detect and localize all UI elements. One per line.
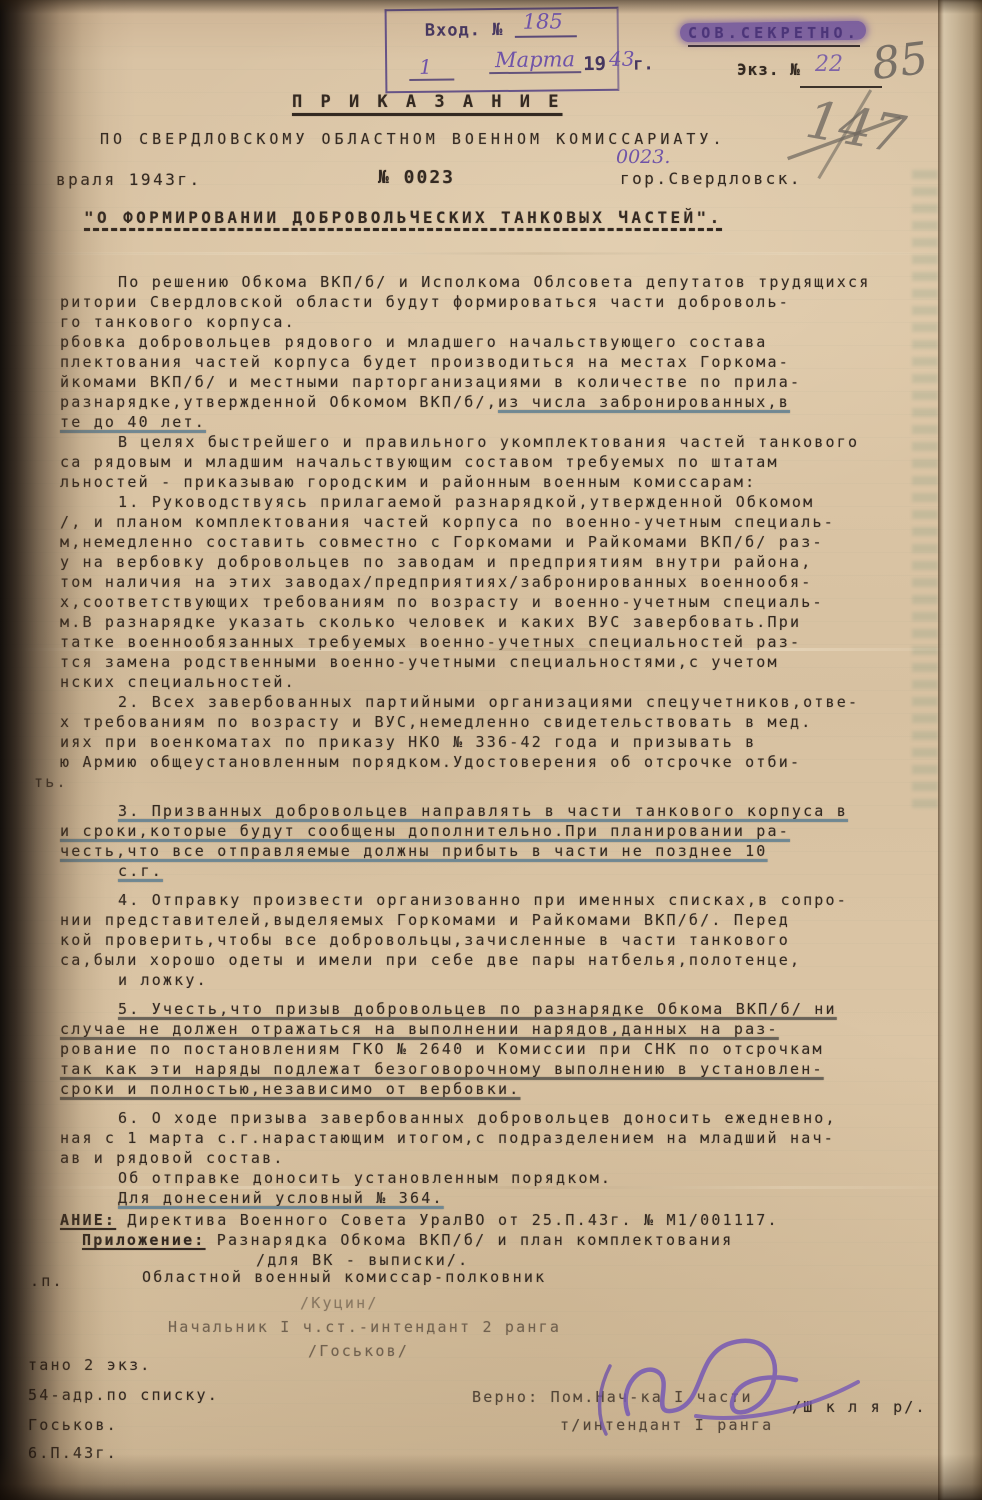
doc-line: По решению Обкома ВКП/б/ и Исполкома Обл… [60,272,940,292]
signature-autograph [600,1322,900,1442]
doc-line: х,соответствующих требованиям по возраст… [60,592,940,612]
doc-line: 1. Руководствуясь прилагаемой разнарядко… [60,492,940,512]
copies-note-line: Госьков. [28,1416,118,1434]
doc-line: иях при военкоматах по приказу НКО № 336… [60,732,940,752]
doc-line: В целях быстрейшего и правильного укомпл… [60,432,940,452]
incoming-registration-stamp: Вход. № 185 1 Марта 19 43 г. [385,7,620,93]
doc-line: нских специальностей. [60,672,940,692]
incoming-number-label: Вход. № [425,20,504,41]
doc-line-part: разнарядке,утвержденной Обкомом ВКП/б/, [60,393,498,411]
doc-line: рбовка добровольцев рядового и младшего … [60,332,940,352]
doc-line: так как эти наряды подлежат безоговорочн… [60,1059,940,1079]
doc-number: № 0023 [378,167,455,188]
attachment-label: Приложение: [82,1231,206,1249]
chief-title: Начальник I ч.ст.-интендант 2 ранга [168,1318,561,1336]
doc-line: случае не должен отражаться на выполнени… [60,1019,940,1039]
document-heading: П Р И К А З А Н И Е [292,92,562,112]
doc-line: и сроки,которые будут сообщены дополните… [60,821,940,841]
basis-text: Директива Военного Совета УралВО от 25.П… [116,1211,779,1229]
pencil-crossout-strokes [784,82,910,200]
handwritten-doc-number: 0023. [616,146,670,168]
doc-line: нии представителей,выделяемых Горкомами … [60,910,940,930]
doc-line: татке военнообязанных требуемых военно-у… [60,632,940,652]
doc-line: Об отправке доносить установленным поряд… [60,1168,940,1188]
doc-line: кой проверить,чтобы все добровольцы,зачи… [60,930,940,950]
order-body: По решению Обкома ВКП/б/ и Исполкома Обл… [60,272,940,1270]
basis-line: АНИЕ: Директива Военного Совета УралВО о… [60,1210,940,1230]
copy-number-label: Экз. № [737,60,801,79]
page-right-edge [938,0,982,1500]
bottom-edge-shadow [0,1454,982,1500]
doc-line: /, и планом комплектования частей корпус… [60,512,940,532]
incoming-month: Марта [489,47,581,74]
attachment-line: Приложение: Разнарядка Обкома ВКП/б/ и п… [60,1230,940,1250]
basis-label: АНИЕ: [60,1211,116,1229]
commissar-title: Областной военный комиссар-полковник [142,1268,546,1286]
doc-line: 6. О ходе призыва завербованных добровол… [60,1108,940,1128]
doc-line: у на вербовку добровольцев по заводам и … [60,552,940,572]
doc-line: тся замена родственными военно-учетными … [60,652,940,672]
doc-line: ть. [34,772,940,792]
paper-crease [0,252,982,255]
order-title: "О ФОРМИРОВАНИИ ДОБРОВОЛЬЧЕСКИХ ТАНКОВЫХ… [84,208,723,227]
doc-line: плектования частей корпуса будет произво… [60,352,940,372]
doc-line: честь,что все отправляемые должны прибыт… [60,841,940,861]
doc-line-underlined-part: из числа забронированных,в [498,393,790,411]
copies-note-line: 54-адр.по списку. [28,1386,219,1404]
copy-number-value: 22 [815,52,843,77]
incoming-year-hand: 43 [609,47,635,71]
doc-line: 4. Отправку произвести организованно при… [60,890,940,910]
attachment-line-2: /для ВК - выписки/. [60,1250,940,1270]
ink-smear-strike [680,21,866,43]
attachment-text: Разнарядка Обкома ВКП/б/ и план комплект… [206,1231,734,1249]
doc-line: том наличия на этих заводах/предприятиях… [60,572,940,592]
doc-line: 5. Учесть,что призыв добровольцев по раз… [60,999,940,1019]
doc-line: те до 40 лет. [60,412,940,432]
date-line: враля 1943г. [56,170,202,189]
incoming-year-suffix: г. [633,54,654,74]
doc-line: 2. Всех завербованных партийными организ… [60,692,940,712]
doc-line: м.В разнарядке указать сколько человек и… [60,612,940,632]
doc-line: ритории Свердловской области будут форми… [60,292,940,312]
doc-line: и ложку. [60,970,940,990]
document-page: Вход. № 185 1 Марта 19 43 г. СОВ.СЕКРЕТН… [0,0,982,1500]
incoming-day: 1 [409,55,454,81]
copies-note-line: 6.П.43г. [28,1444,118,1462]
incoming-number-value: 185 [515,9,577,38]
doc-line: са,были хорошо одеты и имели при себе дв… [60,950,940,970]
doc-line: Для донесений условный № 364. [60,1188,940,1208]
doc-line: м,немедленно составить совместно с Горко… [60,532,940,552]
doc-line: ав и рядовой состав. [60,1148,940,1168]
pencil-crossed-number: 147 [802,90,910,166]
chief-signature-name: /Госьков/ [308,1342,409,1360]
city-line: гор.Свердловск. [620,169,802,188]
pp-mark: .п. [30,1272,64,1290]
commissar-signature-name: /Куцин/ [300,1294,379,1312]
doc-line: го танкового корпуса. [60,312,940,332]
copies-note-line: тано 2 экз. [28,1356,152,1374]
doc-line: йкомами ВКП/б/ и местными парторганизаци… [60,372,940,392]
doc-line: ная с 1 марта с.г.нарастающим итогом,с п… [60,1128,940,1148]
incoming-year-typed: 19 [583,53,606,75]
doc-line: рование по постановлениям ГКО № 2640 и К… [60,1039,940,1059]
doc-line: льностей - приказываю городским и районн… [60,472,940,492]
secrecy-stamp: СОВ.СЕКРЕТНО. [688,24,860,47]
pencil-page-number: 85 [869,33,931,90]
doc-line: сроки и полностью,независимо от вербовки… [60,1079,940,1099]
doc-line: ю Армию общеустановленным порядком.Удост… [60,752,940,772]
doc-line: х требованиям по возрасту и ВУС,немедлен… [60,712,940,732]
doc-line: разнарядке,утвержденной Обкомом ВКП/б/,и… [60,392,940,412]
doc-line: са рядовым и младшим начальствующим сост… [60,452,940,472]
doc-line: 3. Призванных добровольцев направлять в … [60,801,940,821]
doc-line: с.г. [60,861,940,881]
